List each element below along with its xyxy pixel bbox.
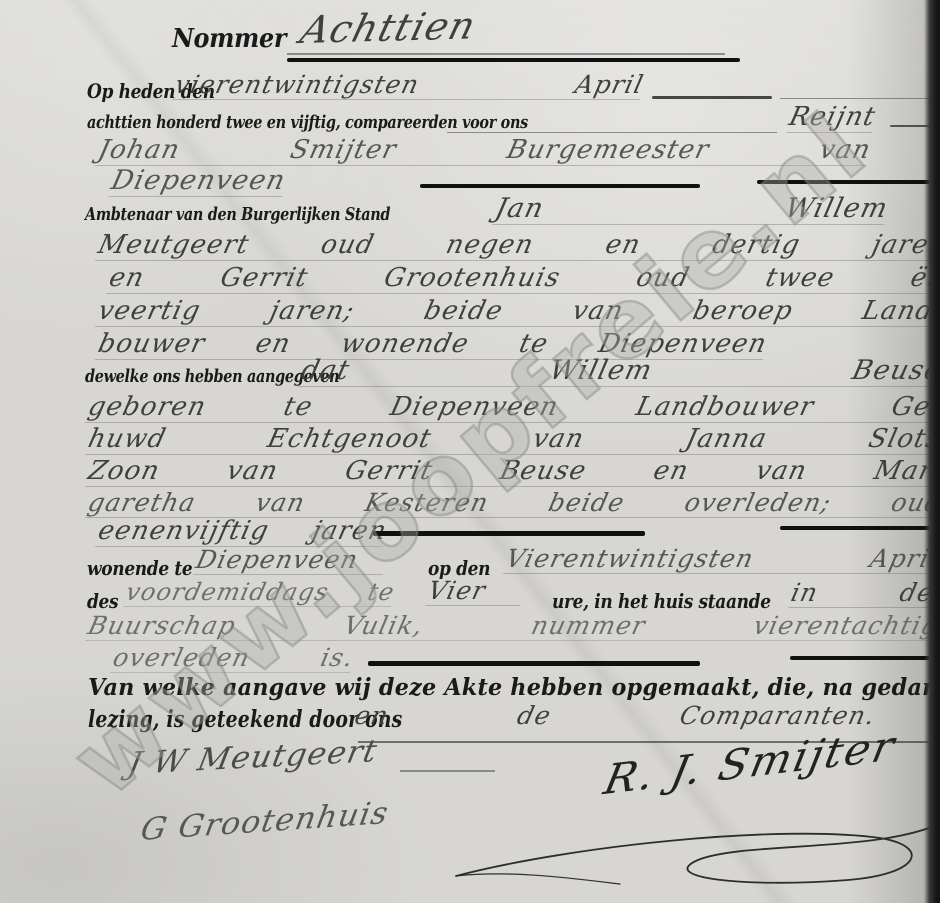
form-label-closing-1: Van welke aangave wij deze Akte hebben o… [88, 674, 940, 701]
entry-declarant1-surname-age: Meutgeert oud negen en dertig jaren [95, 230, 940, 261]
entry-declarant1-firstnames: Jan Willem [492, 193, 891, 225]
entry-deceased-residence: Diepenveen [193, 545, 390, 575]
ink-rule [373, 531, 645, 536]
entry-deceased-father: Zoon van Gerrit Beuse en van Mar- [85, 456, 940, 487]
entry-municipality: Diepenveen [108, 165, 289, 197]
entry-deceased-birthplace-occupation: geboren te Diepenveen Landbouwer Ge- [85, 392, 940, 423]
entry-official-firstname: Reijnt [786, 102, 879, 133]
record-number-label: Nommer [172, 24, 286, 54]
death-record-scan: Nommer Achttien Op heden den vierentwint… [0, 0, 940, 903]
form-label-house-standing: ure, in het huis staande [552, 589, 771, 613]
scan-edge [924, 0, 940, 903]
entry-death-date: Vierentwintigsten April [503, 544, 940, 574]
form-label-des: des [87, 589, 118, 613]
entry-and-the-comparants: en de Comparanten. [352, 701, 879, 730]
ink-rule [447, 132, 777, 133]
form-label-residing-at: wonende te [87, 556, 192, 580]
signature-witness-2: G Grootenhuis [138, 795, 392, 848]
entry-deceased-spouse: huwd Echtgenoot van Janna Slots [85, 424, 940, 455]
ink-rule [400, 770, 495, 772]
entry-deceased-name: dat Willem Beuse [298, 355, 940, 387]
entry-time-of-day: voordemiddags te [123, 578, 398, 607]
ink-rule [420, 184, 700, 188]
entry-deceased-age: eenenvijftig jaren [95, 516, 390, 547]
entry-declarant2-name-age: en Gerrit Grootenhuis oud twee ën [106, 263, 940, 294]
entry-declarants-occupation: veertig jaren; beide van beroep Land- [95, 296, 940, 327]
entry-hour: Vier [425, 576, 527, 606]
signature-witness-1: J W Meutgeert [125, 733, 381, 782]
entry-official-name-title: Johan Smijter Burgemeester van [95, 135, 874, 166]
ink-rule [757, 180, 937, 184]
entry-deceased-mother: garetha van Kesteren beide overleden; ou… [85, 488, 940, 518]
ink-rule [287, 58, 740, 62]
ink-rule [790, 656, 936, 660]
ink-rule [780, 526, 936, 530]
signature-flourish [450, 812, 940, 902]
entry-in-de: in de [788, 578, 937, 608]
signature-official: R. J. Smijter [600, 721, 900, 804]
form-label-registrar: Ambtenaar van den Burgerlijken Stand [85, 204, 390, 225]
ink-rule [780, 98, 935, 99]
ink-rule [368, 661, 700, 666]
ink-rule [287, 53, 725, 55]
entry-hamlet-housenumber: Buurschap Vulik, nummer vierentachtig [85, 611, 940, 641]
ink-rule [652, 96, 772, 99]
form-label-year: achttien honderd twee en vijftig, compar… [87, 112, 528, 133]
entry-death-report-date: vierentwintigsten April [172, 70, 647, 100]
entry-deceased-is: overleden is. [110, 643, 357, 673]
record-number-value: Achttien [296, 4, 481, 52]
